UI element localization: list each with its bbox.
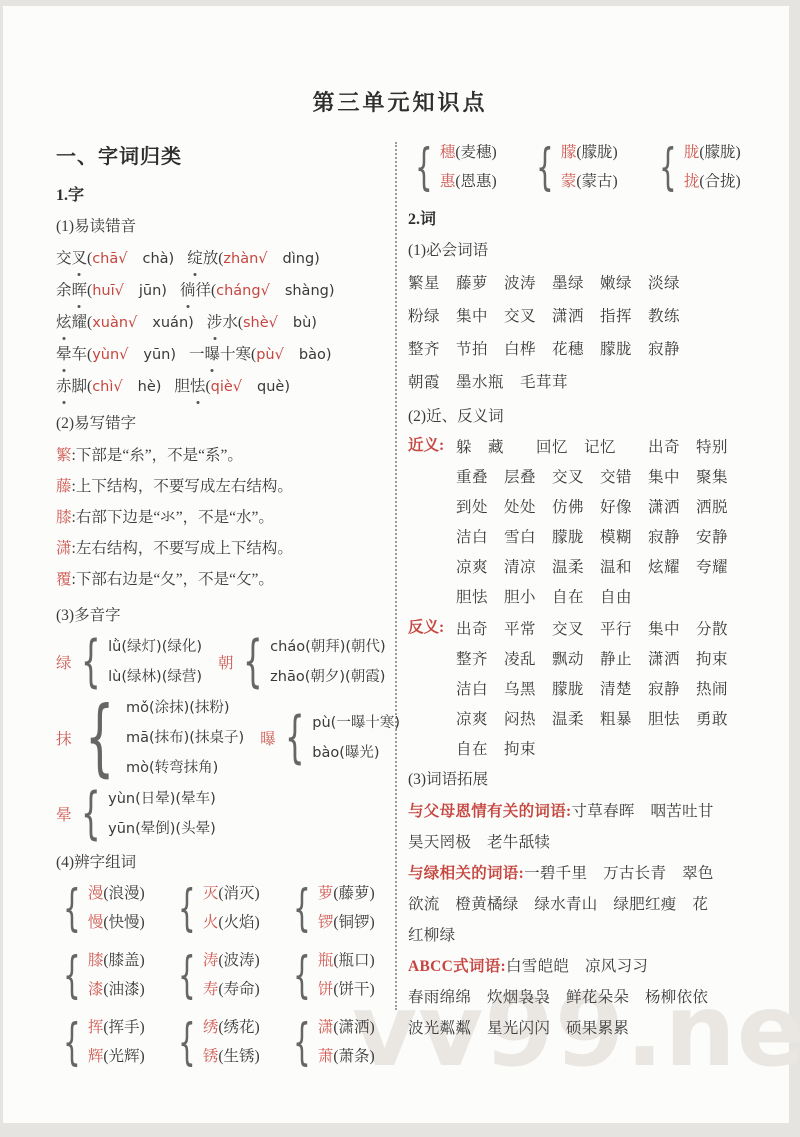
brace-glyph: { [285,714,305,762]
word-row: 整齐 节拍 白桦 花穗 朦胧 寂静 [408,333,772,366]
polyphonic-characters: 绿{ lǜ(绿灯)(绿化) lù(绿林)(绿营) 朝{ cháo(朝拜)(朝代)… [56,632,396,844]
synonyms-label: 近义: [408,433,456,613]
pair-line: 锣(铜锣) [318,908,375,937]
polyphone-reading: lù(绿林)(绿营) [108,662,202,692]
miswritten-characters-list: 繁:下部是“糸”，不是“系”。 藤:上下结构，不要写成左右结构。 膝:右部下边是… [56,440,396,595]
polyphone-reading: mā(抹布)(抹桌子) [126,723,244,753]
pair-group: { 穗(麦穗) 惠(恩惠) [408,138,529,196]
pair-line: 火(火焰) [203,908,260,937]
pinyin-row: 交叉(chā√chà) 绽放(zhàn√dìng) [56,243,396,275]
typo-line: 繁:下部是“糸”，不是“系”。 [56,440,396,471]
left-column: 一、字词归类 1.字 (1)易读错音 交叉(chā√chà) 绽放(zhàn√d… [56,140,396,1071]
pair-line: 漫(浪漫) [88,879,145,908]
polyphone-group: 绿{ lǜ(绿灯)(绿化) lù(绿林)(绿营) [56,632,202,692]
brace-glyph: { [81,638,101,686]
page-title: 第三单元知识点 [0,86,800,117]
polyphone-reading: zhāo(朝夕)(朝霞) [270,662,386,692]
pinyin-entry: 余晖(huī√jūn) [56,275,167,307]
expansion-cont-line: 波光粼粼 星光闪闪 硕果累累 [408,1013,772,1044]
pinyin-entry: 交叉(chā√chà) [56,243,174,275]
pair-group: { 涛(波涛) 寿(寿命) [171,946,286,1004]
right-column: { 穗(麦穗) 惠(恩惠) { 朦(朦胧) 蒙(蒙古) { 胧(朦胧) 拢(合拢… [408,138,772,1044]
word-row: 粉绿 集中 交叉 潇洒 指挥 教练 [408,300,772,333]
typo-line: 潇:左右结构，不要写成上下结构。 [56,533,396,564]
pinyin-entry: 赤脚(chì√hè) [56,371,161,403]
required-words-list: 繁星 藤萝 波涛 墨绿 嫩绿 淡绿 粉绿 集中 交叉 潇洒 指挥 教练 整齐 节… [408,267,772,399]
expansion-cont-line: 春雨绵绵 炊烟袅袅 鲜花朵朵 杨柳依依 [408,982,772,1013]
synonym-row: 胆怯 胆小 自在 自由 [456,583,728,613]
polyphone-row: 抹{ mǒ(涂抹)(抹粉) mā(抹布)(抹桌子) mò(转弯抹角) 曝{ pù… [56,693,396,783]
pair-line: 灭(消灭) [203,879,260,908]
pair-line: 瓶(瓶口) [318,946,375,975]
pair-line: 膝(膝盖) [88,946,145,975]
pair-group: { 潇(潇洒) 萧(萧条) [286,1013,396,1071]
polyphone-group: 晕{ yùn(日晕)(晕车) yūn(晕倒)(头晕) [56,784,216,844]
pinyin-entry: 一曝十寒(pù√bào) [189,339,331,371]
character-pairs-grid-top: { 穗(麦穗) 惠(恩惠) { 朦(朦胧) 蒙(蒙古) { 胧(朦胧) 拢(合拢… [408,138,772,196]
pair-line: 饼(饼干) [318,975,375,1004]
antonym-row: 出奇 平常 交叉 平行 集中 分散 [456,615,728,645]
synonym-row: 重叠 层叠 交叉 交错 集中 聚集 [456,463,728,493]
polyphone-reading: yùn(日晕)(晕车) [108,784,216,814]
pair-group: { 萝(藤萝) 锣(铜锣) [286,879,396,937]
pinyin-entry: 胆怯(qiè√què) [174,371,290,403]
brace-glyph: { [243,638,263,686]
misread-sounds-list: 交叉(chā√chà) 绽放(zhàn√dìng) 余晖(huī√jūn) 徜徉… [56,243,396,403]
brace-glyph: { [63,954,80,997]
brace-glyph: { [63,1021,80,1064]
subsection-title-words: 2.词 [408,206,772,229]
pair-line: 锈(生锈) [203,1042,260,1071]
pair-group: { 膝(膝盖) 漆(油漆) [56,946,171,1004]
character-pairs-grid: { 漫(浪漫) 慢(快慢) { 灭(消灭) 火(火焰) { 萝(藤萝) 锣(铜锣… [56,879,396,1071]
synonym-row: 洁白 雪白 朦胧 模糊 寂静 安静 [456,523,728,553]
brace-glyph: { [81,790,101,838]
pair-line: 寿(寿命) [203,975,260,1004]
pinyin-row: 炫耀(xuàn√xuán) 涉水(shè√bù) [56,307,396,339]
pair-group: { 漫(浪漫) 慢(快慢) [56,879,171,937]
synonym-row: 躲 藏 回忆 记忆 出奇 特别 [456,433,728,463]
synonym-row: 凉爽 清凉 温柔 温和 炫耀 夸耀 [456,553,728,583]
brace-glyph: { [659,146,676,189]
expansion-block-abcc: ABCC式词语:白雪皑皑 凉风习习 春雨绵绵 炊烟袅袅 鲜花朵朵 杨柳依依 波光… [408,951,772,1044]
polyphone-group: 朝{ cháo(朝拜)(朝代) zhāo(朝夕)(朝霞) [218,632,386,692]
pair-line: 慢(快慢) [88,908,145,937]
typo-line: 膝:右部下边是“氺”，不是“水”。 [56,502,396,533]
section-title-word-classification: 一、字词归类 [56,140,396,169]
pair-line: 挥(挥手) [88,1013,145,1042]
brace-glyph: { [293,1021,310,1064]
pinyin-entry: 绽放(zhàn√dìng) [187,243,320,275]
antonyms-label: 反义: [408,615,456,765]
brace-glyph: { [63,887,80,930]
pair-group: { 胧(朦胧) 拢(合拢) [652,138,770,196]
brace-glyph: { [536,146,553,189]
pinyin-entry: 炫耀(xuàn√xuán) [56,307,194,339]
brace-glyph: { [178,1021,195,1064]
pair-line: 胧(朦胧) [684,138,741,167]
expansion-cont-line: 红柳绿 [408,920,772,951]
word-row: 朝霞 墨水瓶 毛茸茸 [408,366,772,399]
heading-word-expansion: (3)词语拓展 [408,767,772,789]
polyphone-reading: cháo(朝拜)(朝代) [270,632,386,662]
polyphone-reading: yūn(晕倒)(头晕) [108,814,216,844]
pair-group: { 绣(绣花) 锈(生锈) [171,1013,286,1071]
brace-glyph: { [85,702,114,773]
synonym-row: 到处 处处 仿佛 好像 潇洒 洒脱 [456,493,728,523]
polyphone-group: 抹{ mǒ(涂抹)(抹粉) mā(抹布)(抹桌子) mò(转弯抹角) [56,693,244,783]
polyphone-group: 曝{ pù(一曝十寒) bào(曝光) [260,708,400,768]
pair-line: 绣(绣花) [203,1013,260,1042]
polyphone-reading: lǜ(绿灯)(绿化) [108,632,202,662]
pair-line: 萧(萧条) [318,1042,375,1071]
pinyin-row: 余晖(huī√jūn) 徜徉(cháng√shàng) [56,275,396,307]
heading-misread-sounds: (1)易读错音 [56,214,396,236]
pair-line: 潇(潇洒) [318,1013,375,1042]
pair-line: 拢(合拢) [684,167,741,196]
synonyms-block: 近义: 躲 藏 回忆 记忆 出奇 特别 重叠 层叠 交叉 交错 集中 聚集 到处… [408,433,772,613]
pair-group: { 挥(挥手) 辉(光辉) [56,1013,171,1071]
expansion-lead-line: ABCC式词语:白雪皑皑 凉风习习 [408,951,772,982]
brace-glyph: { [178,954,195,997]
expansion-cont-line: 欲流 橙黄橘绿 绿水青山 绿肥红瘦 花 [408,889,772,920]
heading-synonyms-antonyms: (2)近、反义词 [408,404,772,426]
antonyms-block: 反义: 出奇 平常 交叉 平行 集中 分散 整齐 凌乱 飘动 静止 潇洒 拘束 … [408,615,772,765]
pinyin-row: 晕车(yùn√yūn) 一曝十寒(pù√bào) [56,339,396,371]
brace-glyph: { [178,887,195,930]
pair-line: 惠(恩惠) [440,167,497,196]
pair-line: 朦(朦胧) [561,138,618,167]
heading-character-discrimination: (4)辨字组词 [56,850,396,872]
pair-line: 萝(藤萝) [318,879,375,908]
heading-required-words: (1)必会词语 [408,238,772,260]
expansion-cont-line: 昊天罔极 老牛舐犊 [408,827,772,858]
pinyin-row: 赤脚(chì√hè) 胆怯(qiè√què) [56,371,396,403]
polyphone-row: 绿{ lǜ(绿灯)(绿化) lù(绿林)(绿营) 朝{ cháo(朝拜)(朝代)… [56,632,396,692]
heading-miswritten-characters: (2)易写错字 [56,411,396,433]
pinyin-entry: 涉水(shè√bù) [207,307,317,339]
brace-glyph: { [415,146,432,189]
expansion-block-parents: 与父母恩情有关的词语:寸草春晖 咽苦吐甘 昊天罔极 老牛舐犊 [408,796,772,858]
brace-glyph: { [293,887,310,930]
antonym-row: 凉爽 闷热 温柔 粗暴 胆怯 勇敢 [456,705,728,735]
worksheet-page: { "page": {"title": "第三单元知识点", "watermar… [0,0,800,1137]
pinyin-entry: 徜徉(cháng√shàng) [180,275,335,307]
antonym-row: 自在 拘束 [456,735,728,765]
pair-line: 漆(油漆) [88,975,145,1004]
expansion-lead-line: 与绿相关的词语:一碧千里 万古长青 翠色 [408,858,772,889]
brace-glyph: { [293,954,310,997]
antonym-row: 整齐 凌乱 飘动 静止 潇洒 拘束 [456,645,728,675]
typo-line: 藤:上下结构，不要写成左右结构。 [56,471,396,502]
pair-group: { 灭(消灭) 火(火焰) [171,879,286,937]
pair-line: 蒙(蒙古) [561,167,618,196]
typo-line: 覆:下部右边是“夂”，不是“攵”。 [56,564,396,595]
pair-line: 辉(光辉) [88,1042,145,1071]
subsection-title-characters: 1.字 [56,182,396,205]
heading-polyphonic-characters: (3)多音字 [56,603,396,625]
expansion-block-green: 与绿相关的词语:一碧千里 万古长青 翠色 欲流 橙黄橘绿 绿水青山 绿肥红瘦 花… [408,858,772,951]
antonym-row: 洁白 乌黑 朦胧 清楚 寂静 热闹 [456,675,728,705]
pinyin-entry: 晕车(yùn√yūn) [56,339,176,371]
pair-group: { 瓶(瓶口) 饼(饼干) [286,946,396,1004]
expansion-lead-line: 与父母恩情有关的词语:寸草春晖 咽苦吐甘 [408,796,772,827]
word-row: 繁星 藤萝 波涛 墨绿 嫩绿 淡绿 [408,267,772,300]
polyphone-reading: mò(转弯抹角) [126,753,244,783]
pair-group: { 朦(朦胧) 蒙(蒙古) [529,138,652,196]
pair-line: 涛(波涛) [203,946,260,975]
polyphone-reading: pù(一曝十寒) [312,708,400,738]
polyphone-row: 晕{ yùn(日晕)(晕车) yūn(晕倒)(头晕) [56,784,396,844]
polyphone-reading: bào(曝光) [312,738,400,768]
polyphone-reading: mǒ(涂抹)(抹粉) [126,693,244,723]
pair-line: 穗(麦穗) [440,138,497,167]
